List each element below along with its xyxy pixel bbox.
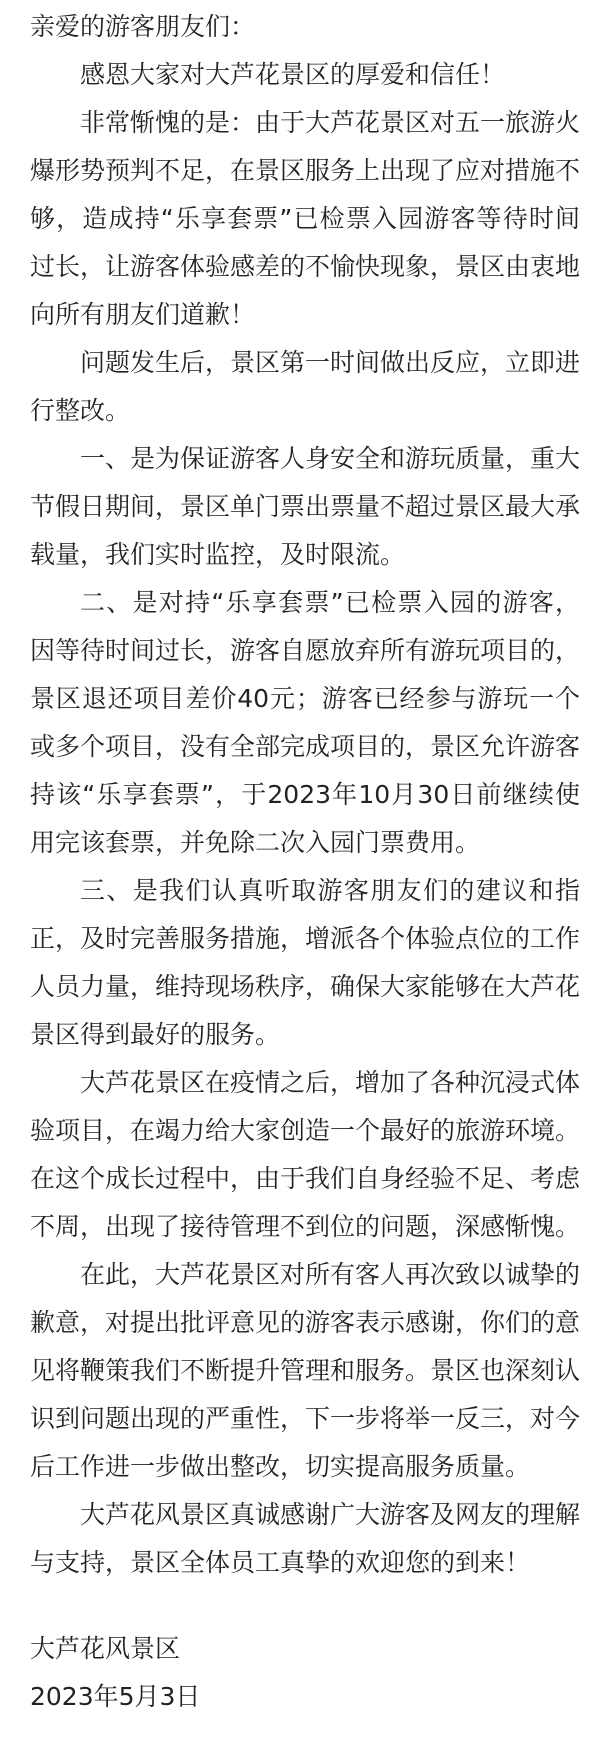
- paragraph: 大芦花风景区真诚感谢广大游客及网友的理解与支持，景区全体员工真挚的欢迎您的到来！: [30, 1491, 580, 1587]
- signature-date: 2023年5月3日: [30, 1673, 580, 1721]
- paragraph: 一、是为保证游客人身安全和游玩质量，重大节假日期间，景区单门票出票量不超过景区最…: [30, 435, 580, 579]
- paragraph: 大芦花景区在疫情之后，增加了各种沉浸式体验项目，在竭力给大家创造一个最好的旅游环…: [30, 1059, 580, 1251]
- salutation: 亲爱的游客朋友们：: [30, 3, 580, 51]
- letter-body: 感恩大家对大芦花景区的厚爱和信任！非常惭愧的是：由于大芦花景区对五一旅游火爆形势…: [30, 51, 580, 1587]
- paragraph: 二、是对持“乐享套票”已检票入园的游客，因等待时间过长，游客自愿放弃所有游玩项目…: [30, 579, 580, 867]
- paragraph: 三、是我们认真听取游客朋友们的建议和指正，及时完善服务措施，增派各个体验点位的工…: [30, 867, 580, 1059]
- apology-letter-page: 亲爱的游客朋友们： 感恩大家对大芦花景区的厚爱和信任！非常惭愧的是：由于大芦花景…: [0, 0, 614, 1744]
- paragraph: 在此，大芦花景区对所有客人再次致以诚挚的歉意，对提出批评意见的游客表示感谢，你们…: [30, 1251, 580, 1491]
- signature-organization: 大芦花风景区: [30, 1625, 580, 1673]
- paragraph: 非常惭愧的是：由于大芦花景区对五一旅游火爆形势预判不足，在景区服务上出现了应对措…: [30, 99, 580, 339]
- paragraph: 问题发生后，景区第一时间做出反应，立即进行整改。: [30, 339, 580, 435]
- paragraph: 感恩大家对大芦花景区的厚爱和信任！: [30, 51, 580, 99]
